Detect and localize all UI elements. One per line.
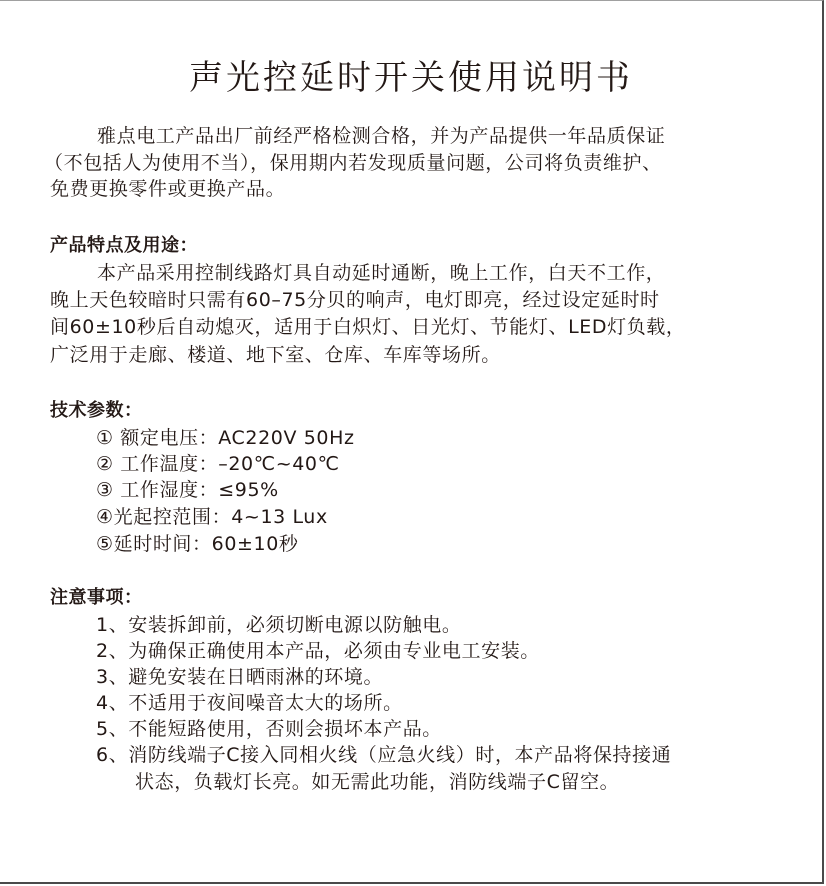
spec-voltage: ① 额定电压：AC220V 50Hz <box>96 425 355 451</box>
intro-line-1: 雅点电工产品出厂前经严格检测合格，并为产品提供一年品质保证 <box>97 123 665 149</box>
features-line-1: 本产品采用控制线路灯具自动延时通断，晚上工作，白天不工作， <box>97 260 665 286</box>
note-item-6-continued: 状态，负载灯长亮。如无需此功能，消防线端子C留空。 <box>135 769 619 795</box>
note-item-2: 2、为确保正确使用本产品，必须由专业电工安装。 <box>96 638 540 664</box>
features-line-4: 广泛用于走廊、楼道、地下室、仓库、车库等场所。 <box>50 342 501 368</box>
instruction-sheet: 声光控延时开关使用说明书 雅点电工产品出厂前经严格检测合格，并为产品提供一年品质… <box>0 0 824 884</box>
features-line-2: 晚上天色较暗时只需有60–75分贝的响声，电灯即亮，经过设定延时时 <box>50 287 660 313</box>
spec-humidity: ③ 工作湿度：≤95% <box>96 477 279 503</box>
spec-delay-time: ⑤延时时间：60±10秒 <box>96 531 299 557</box>
note-item-6: 6、消防线端子C接入同相火线（应急火线）时，本产品将保持接通 <box>96 742 671 768</box>
intro-line-2: （不包括人为使用不当），保用期内若发现质量问题，公司将负责维护、 <box>44 150 662 176</box>
note-item-1: 1、安装拆卸前，必须切断电源以防触电。 <box>96 612 462 638</box>
spec-temperature: ② 工作温度：–20℃~40℃ <box>96 451 340 477</box>
features-line-3: 间60±10秒后自动熄灭，适用于白炽灯、日光灯、节能灯、LED灯负载， <box>50 314 686 340</box>
note-item-3: 3、避免安装在日晒雨淋的环境。 <box>96 664 383 690</box>
document-title: 声光控延时开关使用说明书 <box>0 57 822 99</box>
specs-heading: 技术参数： <box>50 398 143 424</box>
features-heading: 产品特点及用途： <box>50 233 198 259</box>
spec-light-range: ④光起控范围：4~13 Lux <box>96 504 328 530</box>
note-item-4: 4、不适用于夜间噪音太大的场所。 <box>96 690 403 716</box>
notes-heading: 注意事项： <box>50 585 143 611</box>
intro-line-3: 免费更换零件或更换产品。 <box>50 176 285 202</box>
note-item-5: 5、不能短路使用，否则会损坏本产品。 <box>96 716 442 742</box>
